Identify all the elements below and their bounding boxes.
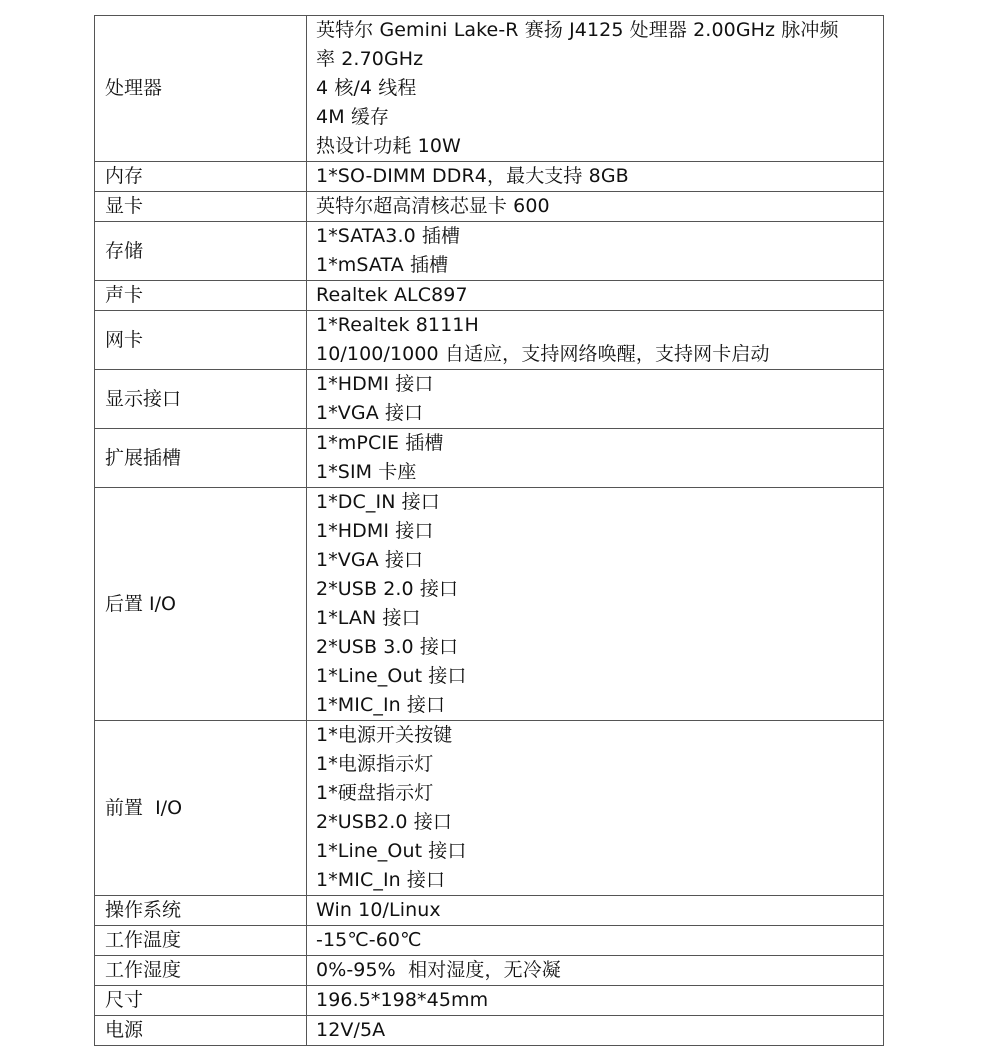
spec-table: 处理器 英特尔 Gemini Lake-R 赛扬 J4125 处理器 2.00G…: [94, 15, 884, 1046]
spec-value-line: 1*MIC_In 接口: [316, 866, 873, 895]
spec-value-line: 率 2.70GHz: [316, 45, 873, 74]
spec-value: Win 10/Linux: [307, 896, 884, 926]
spec-row-operating-temperature: 工作温度 -15℃-60℃: [95, 926, 884, 956]
spec-row-graphics: 显卡 英特尔超高清核芯显卡 600: [95, 192, 884, 222]
spec-row-network: 网卡 1*Realtek 8111H 10/100/1000 自适应，支持网络唤…: [95, 311, 884, 370]
spec-label: 内存: [95, 162, 307, 192]
spec-row-dimensions: 尺寸 196.5*198*45mm: [95, 986, 884, 1016]
spec-value-line: 1*SIM 卡座: [316, 458, 873, 487]
spec-value: -15℃-60℃: [307, 926, 884, 956]
spec-value-line: 1*VGA 接口: [316, 546, 873, 575]
spec-value: 1*SO-DIMM DDR4，最大支持 8GB: [307, 162, 884, 192]
spec-row-operating-system: 操作系统 Win 10/Linux: [95, 896, 884, 926]
spec-row-power: 电源 12V/5A: [95, 1016, 884, 1046]
spec-value-line: 1*SATA3.0 插槽: [316, 222, 873, 251]
spec-value-line: 2*USB2.0 接口: [316, 808, 873, 837]
spec-value-line: 2*USB 2.0 接口: [316, 575, 873, 604]
spec-label: 尺寸: [95, 986, 307, 1016]
spec-label: 前置 I/O: [95, 721, 307, 896]
spec-row-processor: 处理器 英特尔 Gemini Lake-R 赛扬 J4125 处理器 2.00G…: [95, 16, 884, 162]
spec-value-line: 1*mSATA 插槽: [316, 251, 873, 280]
spec-value-line: 1*MIC_In 接口: [316, 691, 873, 720]
spec-value-line: 英特尔超高清核芯显卡 600: [316, 192, 873, 221]
spec-value-line: 1*HDMI 接口: [316, 517, 873, 546]
spec-value-line: Win 10/Linux: [316, 896, 873, 925]
spec-value: 1*电源开关按键 1*电源指示灯 1*硬盘指示灯 2*USB2.0 接口 1*L…: [307, 721, 884, 896]
spec-row-expansion-slots: 扩展插槽 1*mPCIE 插槽 1*SIM 卡座: [95, 429, 884, 488]
spec-label: 显示接口: [95, 370, 307, 429]
spec-label: 扩展插槽: [95, 429, 307, 488]
spec-row-memory: 内存 1*SO-DIMM DDR4，最大支持 8GB: [95, 162, 884, 192]
spec-value: 196.5*198*45mm: [307, 986, 884, 1016]
spec-value-line: 1*Realtek 8111H: [316, 311, 873, 340]
spec-label: 操作系统: [95, 896, 307, 926]
spec-label: 电源: [95, 1016, 307, 1046]
spec-value-line: 0%-95% 相对湿度，无冷凝: [316, 956, 873, 985]
spec-label: 网卡: [95, 311, 307, 370]
spec-value-line: 英特尔 Gemini Lake-R 赛扬 J4125 处理器 2.00GHz 脉…: [316, 16, 873, 45]
spec-value-line: 1*电源指示灯: [316, 750, 873, 779]
spec-row-rear-io: 后置 I/O 1*DC_IN 接口 1*HDMI 接口 1*VGA 接口 2*U…: [95, 488, 884, 721]
spec-value: 英特尔 Gemini Lake-R 赛扬 J4125 处理器 2.00GHz 脉…: [307, 16, 884, 162]
spec-value: 英特尔超高清核芯显卡 600: [307, 192, 884, 222]
spec-value-line: 4 核/4 线程: [316, 74, 873, 103]
spec-value: Realtek ALC897: [307, 281, 884, 311]
spec-value-line: 热设计功耗 10W: [316, 132, 873, 161]
spec-label: 后置 I/O: [95, 488, 307, 721]
spec-value-line: 1*HDMI 接口: [316, 370, 873, 399]
spec-value: 1*Realtek 8111H 10/100/1000 自适应，支持网络唤醒，支…: [307, 311, 884, 370]
spec-value-line: 1*Line_Out 接口: [316, 662, 873, 691]
spec-value-line: 1*LAN 接口: [316, 604, 873, 633]
spec-label: 工作温度: [95, 926, 307, 956]
spec-value-line: 2*USB 3.0 接口: [316, 633, 873, 662]
spec-label: 处理器: [95, 16, 307, 162]
spec-value-line: 1*VGA 接口: [316, 399, 873, 428]
spec-row-audio: 声卡 Realtek ALC897: [95, 281, 884, 311]
spec-value-line: 1*DC_IN 接口: [316, 488, 873, 517]
spec-value: 0%-95% 相对湿度，无冷凝: [307, 956, 884, 986]
spec-value: 1*SATA3.0 插槽 1*mSATA 插槽: [307, 222, 884, 281]
spec-value: 12V/5A: [307, 1016, 884, 1046]
spec-row-operating-humidity: 工作湿度 0%-95% 相对湿度，无冷凝: [95, 956, 884, 986]
spec-row-display-interface: 显示接口 1*HDMI 接口 1*VGA 接口: [95, 370, 884, 429]
spec-value-line: Realtek ALC897: [316, 281, 873, 310]
spec-value-line: -15℃-60℃: [316, 926, 873, 955]
spec-value-line: 1*电源开关按键: [316, 721, 873, 750]
spec-value-line: 1*mPCIE 插槽: [316, 429, 873, 458]
spec-value-line: 4M 缓存: [316, 103, 873, 132]
spec-value-line: 1*SO-DIMM DDR4，最大支持 8GB: [316, 162, 873, 191]
spec-value-line: 10/100/1000 自适应，支持网络唤醒，支持网卡启动: [316, 340, 873, 369]
spec-label: 显卡: [95, 192, 307, 222]
spec-label: 工作湿度: [95, 956, 307, 986]
spec-row-storage: 存储 1*SATA3.0 插槽 1*mSATA 插槽: [95, 222, 884, 281]
spec-value-line: 1*Line_Out 接口: [316, 837, 873, 866]
spec-label: 存储: [95, 222, 307, 281]
spec-value: 1*mPCIE 插槽 1*SIM 卡座: [307, 429, 884, 488]
spec-value-line: 12V/5A: [316, 1016, 873, 1045]
spec-label: 声卡: [95, 281, 307, 311]
spec-value: 1*HDMI 接口 1*VGA 接口: [307, 370, 884, 429]
spec-value: 1*DC_IN 接口 1*HDMI 接口 1*VGA 接口 2*USB 2.0 …: [307, 488, 884, 721]
spec-value-line: 196.5*198*45mm: [316, 986, 873, 1015]
spec-value-line: 1*硬盘指示灯: [316, 779, 873, 808]
spec-row-front-io: 前置 I/O 1*电源开关按键 1*电源指示灯 1*硬盘指示灯 2*USB2.0…: [95, 721, 884, 896]
